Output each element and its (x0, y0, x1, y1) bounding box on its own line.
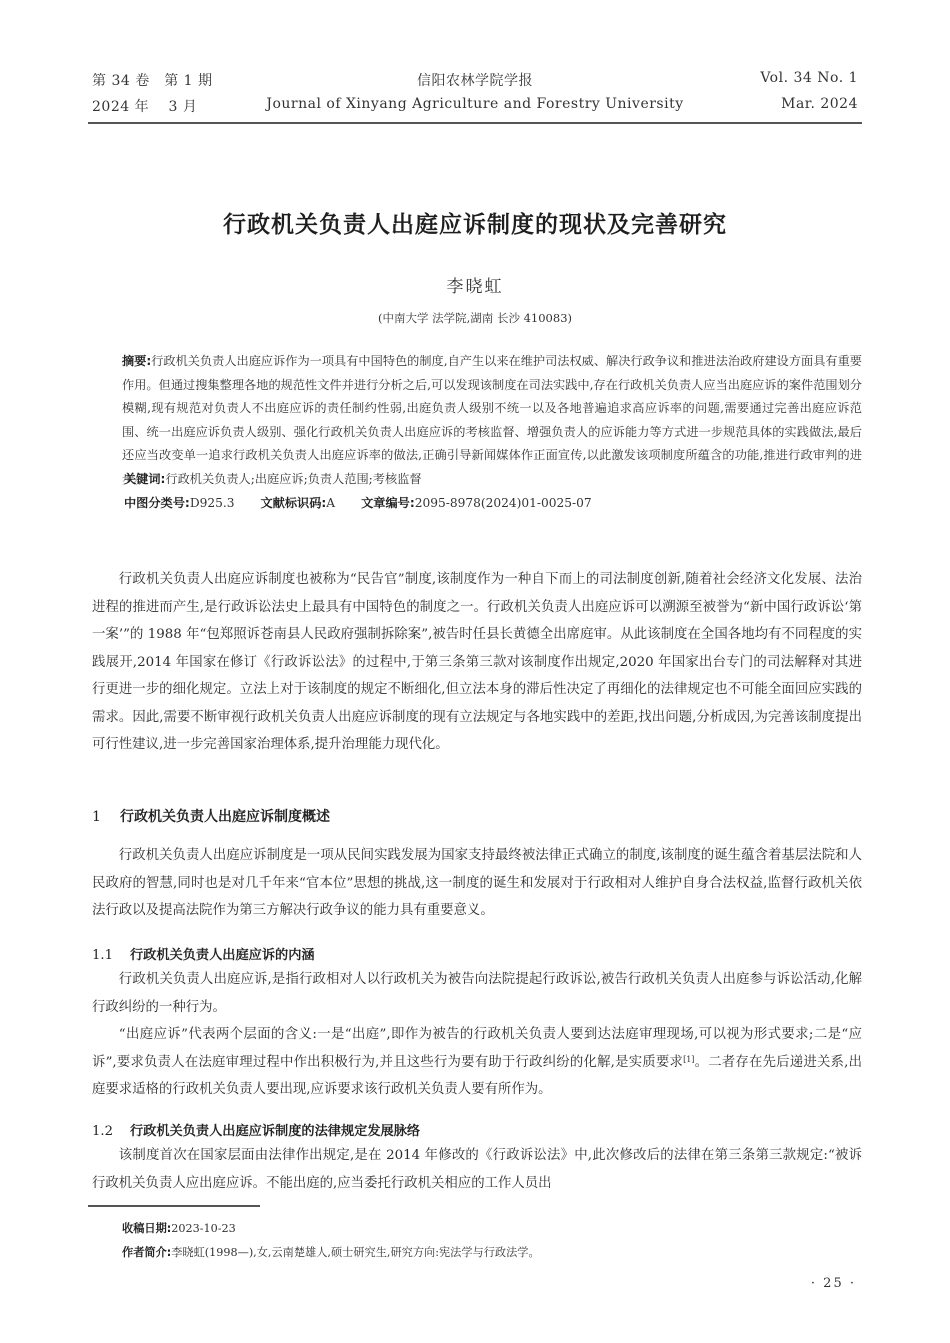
clc-label: 中图分类号: (124, 496, 190, 510)
footnote-received: 收稿日期:2023-10-23 (122, 1220, 236, 1236)
doc-code-value: A (326, 496, 335, 510)
section-1-1-heading: 1.1行政机关负责人出庭应诉的内涵 (92, 944, 315, 963)
abstract-text: 行政机关负责人出庭应诉作为一项具有中国特色的制度,自产生以来在维护司法权威、解决… (122, 354, 862, 486)
citation-ref[interactable]: [1] (683, 1055, 694, 1064)
running-header: 第 34 卷 第 1 期 信阳农林学院学报 Vol. 34 No. 1 2024… (92, 70, 858, 122)
section-1-2-heading: 1.2行政机关负责人出庭应诉制度的法律规定发展脉络 (92, 1120, 420, 1139)
author-affiliation: (中南大学 法学院,湖南 长沙 410083) (0, 310, 950, 326)
section-1-2-body: 该制度首次在国家层面由法律作出规定,是在 2014 年修改的《行政诉讼法》中,此… (92, 1142, 862, 1197)
section-1-body: 行政机关负责人出庭应诉制度是一项从民间实践发展为国家支持最终被法律正式确立的制度… (92, 842, 862, 925)
keywords: 关键词:行政机关负责人;出庭应诉;负责人范围;考核监督 (124, 468, 862, 492)
classification-line: 中图分类号:D925.3文献标识码:A文章编号:2095-8978(2024)0… (124, 492, 862, 516)
article-no-label: 文章编号: (361, 496, 415, 510)
section-number: 1 (92, 809, 120, 825)
journal-name-en: Journal of Xinyang Agriculture and Fores… (92, 96, 858, 112)
doc-code-label: 文献标识码: (260, 496, 326, 510)
section-title: 行政机关负责人出庭应诉的内涵 (130, 948, 315, 963)
header-divider (88, 122, 862, 124)
section-number: 1.2 (92, 1124, 130, 1139)
paragraph: “出庭应诉”代表两个层面的含义:一是“出庭”,即作为被告的行政机关负责人要到达法… (92, 1021, 862, 1104)
publication-date-en: Mar. 2024 (781, 96, 858, 112)
section-title: 行政机关负责人出庭应诉制度概述 (120, 809, 330, 825)
received-date: 2023-10-23 (171, 1222, 236, 1235)
footnote-author-bio: 作者简介:李晓虹(1998—),女,云南楚雄人,硕士研究生,研究方向:宪法学与行… (122, 1244, 540, 1260)
journal-name-cn: 信阳农林学院学报 (92, 70, 858, 90)
volume-issue-en: Vol. 34 No. 1 (760, 70, 858, 86)
page-number: · 25 · (811, 1276, 856, 1291)
paragraph: 行政机关负责人出庭应诉制度是一项从民间实践发展为国家支持最终被法律正式确立的制度… (92, 842, 862, 925)
section-title: 行政机关负责人出庭应诉制度的法律规定发展脉络 (130, 1124, 420, 1139)
bio-label: 作者简介: (122, 1246, 171, 1259)
abstract-label: 摘要: (122, 354, 151, 368)
paragraph: 行政机关负责人出庭应诉,是指行政相对人以行政机关为被告向法院提起行政诉讼,被告行… (92, 966, 862, 1021)
keywords-label: 关键词: (124, 472, 165, 486)
author-name: 李晓虹 (0, 272, 950, 297)
article-title: 行政机关负责人出庭应诉制度的现状及完善研究 (0, 206, 950, 239)
section-number: 1.1 (92, 948, 130, 963)
bio-text: 李晓虹(1998—),女,云南楚雄人,硕士研究生,研究方向:宪法学与行政法学。 (171, 1246, 539, 1259)
intro-paragraph: 行政机关负责人出庭应诉制度也被称为“民告官”制度,该制度作为一种自下而上的司法制… (92, 566, 862, 759)
article-no-value: 2095-8978(2024)01-0025-07 (415, 496, 592, 510)
received-label: 收稿日期: (122, 1222, 171, 1235)
paragraph: 该制度首次在国家层面由法律作出规定,是在 2014 年修改的《行政诉讼法》中,此… (92, 1142, 862, 1197)
keywords-text: 行政机关负责人;出庭应诉;负责人范围;考核监督 (165, 472, 421, 486)
section-1-heading: 1行政机关负责人出庭应诉制度概述 (92, 806, 330, 826)
intro-section: 行政机关负责人出庭应诉制度也被称为“民告官”制度,该制度作为一种自下而上的司法制… (92, 566, 862, 759)
clc-value: D925.3 (190, 496, 235, 510)
footnote-divider (88, 1205, 260, 1207)
section-1-1-body: 行政机关负责人出庭应诉,是指行政相对人以行政机关为被告向法院提起行政诉讼,被告行… (92, 966, 862, 1104)
